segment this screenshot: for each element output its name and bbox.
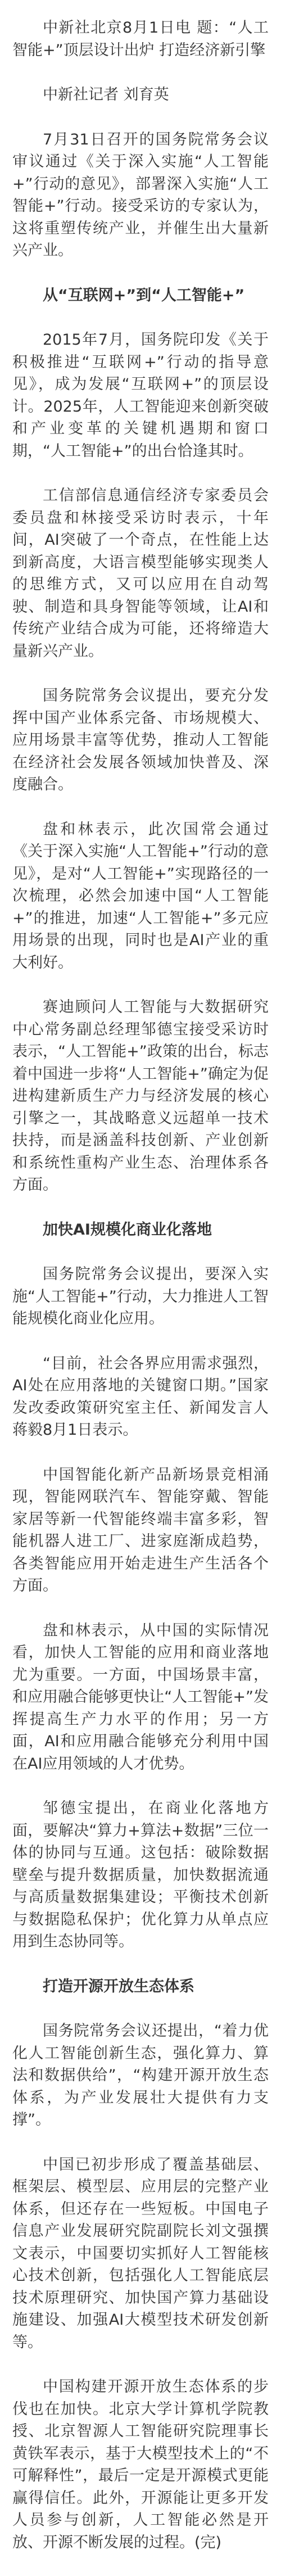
- intro-paragraph: 7月31日召开的国务院常务会议审议通过《关于深入实施“人工智能+”行动的意见》，…: [12, 129, 269, 262]
- paragraph: 2015年7月，国务院印发《关于积极推进“互联网+”行动的指导意见》，成为发展“…: [12, 329, 269, 462]
- paragraph: “目前，社会各界应用需求强烈，AI处在应用落地的关键窗口期。”国家发改委政策研究…: [12, 1353, 269, 1441]
- news-article: 中新社北京8月1日电 题：“人工智能+”顶层设计出炉 打造经济新引擎 中新社记者…: [0, 0, 281, 2576]
- dateline-title: 中新社北京8月1日电 题：“人工智能+”顶层设计出炉 打造经济新引擎: [12, 17, 269, 61]
- section-heading: 从“互联网+”到“人工智能+”: [12, 284, 269, 307]
- paragraph: 盘和林表示，从中国的实际情况看，加快人工智能的应用和商业落地尤为重要。一方面，中…: [12, 1620, 269, 1775]
- paragraph: 中国智能化新产品新场景竞相涌现，智能网联汽车、智能穿戴、智能家居等新一代智能终端…: [12, 1464, 269, 1597]
- paragraph: 国务院常务会议提出，要充分发挥中国产业体系完备、市场规模大、应用场景丰富等优势，…: [12, 685, 269, 796]
- section-ai-commercialization: 加快AI规模化商业化落地 国务院常务会议提出，要深入实施“人工智能+”行动，大力…: [12, 1219, 269, 1953]
- paragraph: 国务院常务会议还提出，“着力优化人工智能创新生态，强化算力、算法和数据供给”，“…: [12, 2020, 269, 2131]
- paragraph: 盘和林表示，此次国常会通过《关于深入实施“人工智能+”行动的意见》，是对“人工智…: [12, 819, 269, 974]
- section-heading: 加快AI规模化商业化落地: [12, 1219, 269, 1241]
- paragraph: 中国已初步形成了覆盖基础层、框架层、模型层、应用层的完整产业体系，但还存在一些短…: [12, 2154, 269, 2354]
- paragraph: 邹德宝提出，在商业化落地方面，要解决“算力+算法+数据”三位一体的协同与互通。这…: [12, 1797, 269, 1953]
- paragraph: 国务院常务会议提出，要深入实施“人工智能+”行动，大力推进人工智能规模化商业化应…: [12, 1263, 269, 1330]
- paragraph: 工信部信息通信经济专家委员会委员盘和林接受采访时表示，十年间，AI突破了一个奇点…: [12, 485, 269, 662]
- section-open-source-ecosystem: 打造开源开放生态体系 国务院常务会议还提出，“着力优化人工智能创新生态，强化算力…: [12, 1976, 269, 2554]
- closing-paragraph: 中国构建开源开放生态体系的步伐也在加快。北京大学计算机学院教授、北京智源人工智能…: [12, 2376, 269, 2554]
- section-internet-plus-to-ai-plus: 从“互联网+”到“人工智能+” 2015年7月，国务院印发《关于积极推进“互联网…: [12, 284, 269, 1196]
- paragraph: 赛迪顾问人工智能与大数据研究中心常务副总经理邹德宝接受采访时表示，“人工智能+”…: [12, 996, 269, 1196]
- section-heading: 打造开源开放生态体系: [12, 1976, 269, 1998]
- byline: 中新社记者 刘育英: [12, 84, 269, 106]
